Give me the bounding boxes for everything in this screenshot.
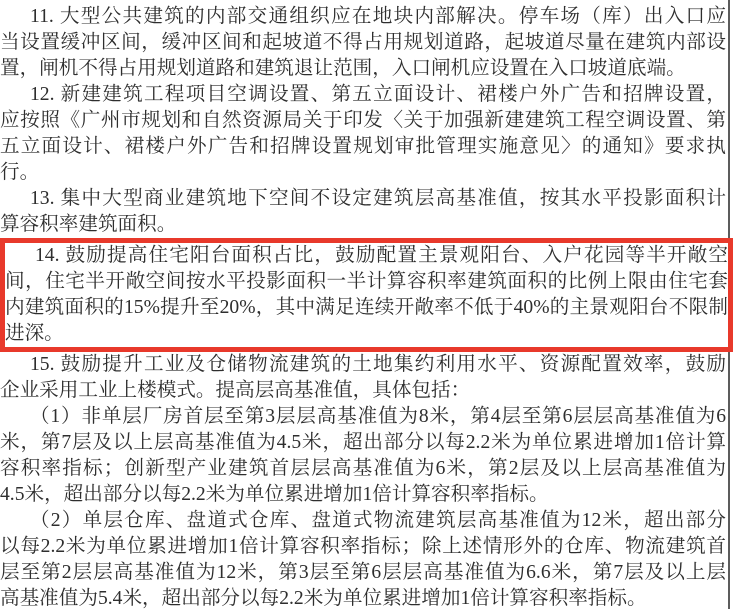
text-line: 以每2.2米为单位累进增加1倍计算容积率指标；除上述情形外的仓库、物流建筑首 — [0, 534, 726, 560]
text-line: 算容积率建筑面积。 — [0, 212, 726, 238]
paragraph-14-highlighted: 14. 鼓励提高住宅阳台面积占比，鼓励配置主景观阳台、入户花园等半开敞空 间，住… — [5, 243, 728, 347]
text-line: 企业采用工业上楼模式。提高层高基准值，具体包括： — [0, 378, 726, 404]
text-line: 15. 鼓励提升工业及仓储物流建筑的土地集约利用水平、资源配置效率，鼓励 — [0, 352, 726, 378]
text-line: 应按照《广州市规划和自然资源局关于印发〈关于加强新建建筑工程空调设置、第 — [0, 108, 726, 134]
text-line: 内建筑面积的15%提升至20%，其中满足连续开敞率不低于40%的主景观阳台不限制 — [5, 295, 728, 321]
text-line: 行。 — [0, 160, 726, 186]
text-line: （1）非单层厂房首层至第3层层高基准值为8米，第4层至第6层层高基准值为6 — [0, 404, 726, 430]
text-line: （2）单层仓库、盘道式仓库、盘道式物流建筑层高基准值为12米，超出部分 — [0, 508, 726, 534]
paragraph-15: 15. 鼓励提升工业及仓储物流建筑的土地集约利用水平、资源配置效率，鼓励 企业采… — [0, 352, 726, 404]
paragraph-15-item-1: （1）非单层厂房首层至第3层层高基准值为8米，第4层至第6层层高基准值为6 米，… — [0, 404, 726, 508]
text-line: 米，第7层及以上层高基准值为4.5米，超出部分以每2.2米为单位累进增加1倍计算 — [0, 430, 726, 456]
text-line: 4.5米，超出部分以每2.2米为单位累进增加1倍计算容积率指标。 — [0, 482, 726, 508]
highlight-box: 14. 鼓励提高住宅阳台面积占比，鼓励配置主景观阳台、入户花园等半开敞空 间，住… — [0, 238, 733, 352]
text-line: 进深。 — [5, 321, 728, 347]
text-line: 当设置缓冲区间，缓冲区间和起坡道不得占用规划道路，起坡道尽量在建筑内部设 — [0, 30, 726, 56]
paragraph-12: 12. 新建建筑工程项目空调设置、第五立面设计、裙楼户外广告和招牌设置， 应按照… — [0, 82, 726, 186]
paragraph-13: 13. 集中大型商业建筑地下空间不设定建筑层高基准值，按其水平投影面积计 算容积… — [0, 186, 726, 238]
text-line: 置，闸机不得占用规划道路和建筑退让范围，入口闸机应设置在入口坡道底端。 — [0, 56, 726, 82]
document-text: 11. 大型公共建筑的内部交通组织应在地块内部解决。停车场（库）出入口应 当设置… — [0, 4, 726, 609]
text-line: 五立面设计、裙楼户外广告和招牌设置规划审批管理实施意见〉的通知》要求执 — [0, 134, 726, 160]
text-line: 12. 新建建筑工程项目空调设置、第五立面设计、裙楼户外广告和招牌设置， — [0, 82, 726, 108]
document-page: 11. 大型公共建筑的内部交通组织应在地块内部解决。停车场（库）出入口应 当设置… — [0, 0, 740, 609]
text-line: 13. 集中大型商业建筑地下空间不设定建筑层高基准值，按其水平投影面积计 — [0, 186, 726, 212]
text-line: 14. 鼓励提高住宅阳台面积占比，鼓励配置主景观阳台、入户花园等半开敞空 — [5, 243, 728, 269]
text-line: 容积率指标；创新型产业建筑首层层高基准值为6米，第2层及以上层高基准值为 — [0, 456, 726, 482]
paragraph-15-item-2: （2）单层仓库、盘道式仓库、盘道式物流建筑层高基准值为12米，超出部分 以每2.… — [0, 508, 726, 609]
text-line: 层至第2层层高基准值为12米，第3层至第6层层高基准值为6.6米，第7层及以上层 — [0, 560, 726, 586]
text-line: 间，住宅半开敞空间按水平投影面积一半计算容积率建筑面积的比例上限由住宅套 — [5, 269, 728, 295]
paragraph-11: 11. 大型公共建筑的内部交通组织应在地块内部解决。停车场（库）出入口应 当设置… — [0, 4, 726, 82]
text-line: 11. 大型公共建筑的内部交通组织应在地块内部解决。停车场（库）出入口应 — [0, 4, 726, 30]
text-line: 高基准值为5.4米，超出部分以每2.2米为单位累进增加1倍计算容积率指标。 — [0, 586, 726, 609]
